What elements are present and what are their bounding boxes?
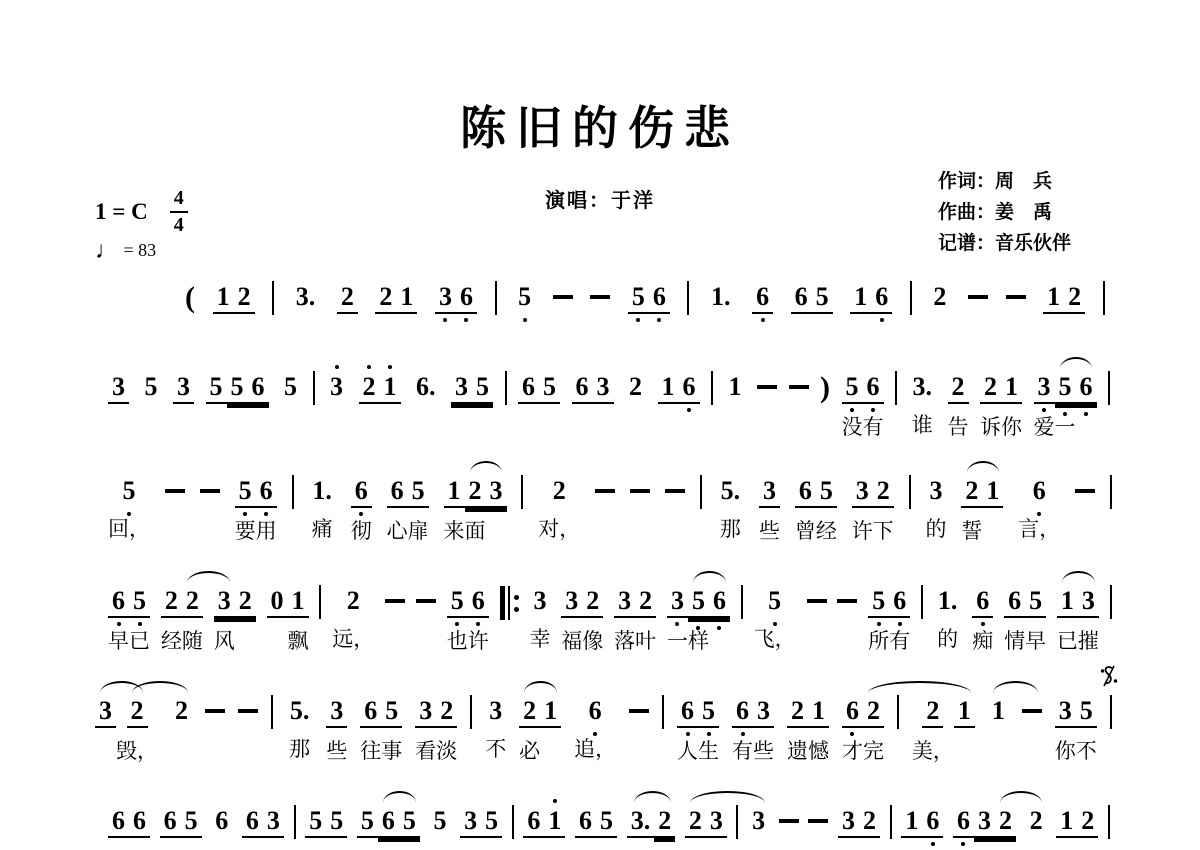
- beat-group: 6情5早: [1004, 586, 1046, 653]
- note-token: 2像: [582, 586, 603, 653]
- beat-group: [757, 372, 777, 389]
- beat-group: 65: [160, 806, 202, 838]
- note-token: 5一: [1055, 372, 1076, 439]
- beat-group: 3: [108, 372, 129, 404]
- note-token: 6往: [360, 696, 381, 763]
- note: 2: [787, 696, 808, 728]
- lyric-syllable: 些: [759, 521, 780, 543]
- note-token: 1.: [707, 282, 735, 312]
- lyric-syllable: 情: [1004, 631, 1025, 653]
- note: 1: [288, 586, 309, 618]
- note-token: 1: [1056, 806, 1077, 838]
- note-token: 3.: [292, 282, 320, 312]
- beat-group: 6: [752, 282, 773, 314]
- note-token: 3: [838, 806, 859, 838]
- lyric-syllable: 随: [182, 631, 203, 653]
- beat-group: 3落2叶: [614, 586, 656, 653]
- beat-group: [897, 696, 899, 729]
- note-token: 1: [954, 696, 975, 728]
- beat-group: 6人5生: [677, 696, 719, 763]
- note: 1: [808, 696, 829, 728]
- note: 6: [248, 372, 269, 404]
- slur-arc: [868, 681, 970, 693]
- note: 3: [852, 476, 873, 508]
- beat-group: 12: [213, 282, 255, 314]
- note: 5: [227, 372, 248, 404]
- beat-group: [662, 696, 664, 729]
- note-token: 1: [1043, 282, 1064, 314]
- note-token: 5: [181, 806, 202, 838]
- note: 6: [677, 696, 698, 728]
- note: 5: [408, 476, 429, 508]
- note: 2: [182, 586, 203, 618]
- beat-group: [700, 476, 702, 509]
- note-token: 5: [539, 372, 560, 404]
- note-token: 6彻: [351, 476, 372, 543]
- beat-group: [808, 806, 828, 823]
- lyric-syllable: 些: [753, 741, 774, 763]
- note-token: 1已: [1057, 586, 1078, 653]
- note: 5: [119, 476, 140, 506]
- note: 6: [1029, 476, 1050, 506]
- barline: [897, 695, 899, 729]
- lyric-syllable: 要: [235, 521, 256, 543]
- lyric-syllable: 完: [863, 741, 884, 763]
- repeat-dots: [514, 586, 519, 620]
- note-token: 6心: [387, 476, 408, 543]
- note: 6: [752, 282, 773, 314]
- beat-group: 2: [929, 282, 950, 312]
- duration-dash: [200, 489, 220, 493]
- beat-group: 1: [988, 696, 1009, 726]
- lyric-syllable: 面: [465, 521, 486, 543]
- note-token: 5.那: [717, 476, 745, 541]
- note-token: 0: [267, 586, 288, 618]
- beat-group: 6心5扉: [387, 476, 429, 543]
- beat-group: [590, 282, 610, 299]
- note: 5: [1055, 372, 1076, 404]
- note-token: 5要: [235, 476, 256, 543]
- note: 3: [1055, 696, 1076, 728]
- note-token: 6.: [412, 372, 440, 402]
- note-token: 2: [654, 806, 675, 838]
- note: 3: [108, 372, 129, 404]
- note: 2: [859, 806, 880, 838]
- lyric-syllable: 飘: [288, 631, 309, 653]
- beat-group: 3.2: [627, 806, 676, 838]
- beat-group: 2: [337, 282, 358, 314]
- note-token: 1.的: [934, 586, 962, 651]
- beat-group: 65: [575, 806, 617, 838]
- note-token: 2远，: [332, 586, 374, 651]
- note: 2: [635, 586, 656, 618]
- duration-dash: [630, 489, 650, 493]
- note: 5: [280, 372, 301, 402]
- duration-dash: [1006, 295, 1026, 299]
- beat-group: 556: [206, 372, 269, 404]
- beat-group: [292, 476, 294, 509]
- note-token: 6: [160, 806, 181, 838]
- note: 3: [415, 696, 436, 728]
- note-token: 2: [337, 282, 358, 314]
- note-token: 5所: [868, 586, 889, 653]
- note: 2: [1026, 806, 1047, 836]
- note-token: 5: [514, 282, 535, 312]
- note: 6: [456, 282, 477, 314]
- note: 6: [922, 806, 943, 838]
- beat-group: 6有3些: [732, 696, 774, 763]
- beat-group: 3福2像: [561, 586, 603, 653]
- beat-group: 2必1: [519, 696, 561, 763]
- note-token: 6: [456, 282, 477, 314]
- beat-group: [495, 282, 497, 315]
- note: 3: [926, 476, 947, 506]
- lyric-syllable: 回，: [108, 519, 150, 541]
- beat-group: 65: [518, 372, 560, 404]
- lyric-syllable: 有: [863, 417, 884, 439]
- note: 3: [753, 696, 774, 728]
- beat-group: 2誓1: [961, 476, 1003, 543]
- note-token: 2: [1077, 806, 1098, 838]
- note-token: 3些: [326, 696, 347, 763]
- note-token: 1: [380, 372, 401, 404]
- barline: [505, 371, 507, 405]
- beat-group: 16: [658, 372, 700, 404]
- composer-credit: 作曲：姜 禹: [938, 197, 1071, 228]
- note: 2: [582, 586, 603, 618]
- note-token: 5: [429, 806, 450, 836]
- note: 3: [529, 586, 550, 616]
- slur-arc: [524, 681, 557, 693]
- beat-group: 12: [1043, 282, 1085, 314]
- repeat-thick-bar: [500, 586, 505, 620]
- note-token: 3: [173, 372, 194, 404]
- note: 6: [1076, 372, 1097, 404]
- credits-block: 作词：周 兵 作曲：姜 禹 记谱：音乐伙伴: [938, 166, 1071, 259]
- note: 6: [575, 806, 596, 838]
- note: 1.: [934, 586, 962, 616]
- note: 1: [954, 696, 975, 728]
- note: 5: [429, 806, 450, 836]
- barline: [736, 805, 738, 839]
- note: 5: [326, 806, 347, 838]
- note-token: 2下: [873, 476, 894, 543]
- note: 2: [995, 806, 1016, 838]
- lyric-syllable: 也: [447, 631, 468, 653]
- beat-group: 35: [451, 372, 493, 404]
- beat-group: 63: [572, 372, 614, 404]
- note: 6: [842, 696, 863, 728]
- note-token: 6有: [889, 586, 910, 653]
- note-token: 6: [129, 806, 150, 838]
- lyric-syllable: 早: [1025, 631, 1046, 653]
- note-token: 3: [593, 372, 614, 404]
- barline: [921, 585, 923, 619]
- note-token: 3的: [926, 476, 947, 541]
- lyric-syllable: 像: [582, 631, 603, 653]
- beat-group: 1.的: [934, 586, 962, 651]
- note-token: 3许: [852, 476, 873, 543]
- note-token: 5: [305, 806, 326, 838]
- beat-group: [165, 476, 185, 493]
- beat-group: 3些: [759, 476, 780, 543]
- lyric-syllable: 生: [698, 741, 719, 763]
- lyric-syllable: 追，: [574, 739, 616, 761]
- note-token: 2面: [465, 476, 486, 543]
- note-token: 1: [540, 696, 561, 728]
- beat-group: 12: [1056, 806, 1098, 838]
- note: 6: [242, 806, 263, 838]
- note: 6: [889, 586, 910, 618]
- beat-group: 16: [850, 282, 892, 314]
- lyric-syllable: 不: [485, 739, 506, 761]
- note: 5: [181, 806, 202, 838]
- note: 6: [795, 476, 816, 508]
- beat-group: 3.: [292, 282, 320, 312]
- beat-group: 5没6有: [842, 372, 884, 439]
- note: 5: [842, 372, 863, 404]
- lyric-syllable: 叶: [635, 631, 656, 653]
- beat-group: 5: [514, 282, 535, 312]
- note-token: 5: [596, 806, 617, 838]
- note-token: 1: [850, 282, 871, 314]
- parenthesis: (: [185, 282, 195, 314]
- beat-group: 2告: [948, 372, 969, 439]
- beat-group: 3: [173, 372, 194, 404]
- note: 5: [447, 586, 468, 618]
- beat-group: [385, 586, 405, 603]
- barline: [700, 475, 702, 509]
- lyric-syllable: 诉: [980, 417, 1001, 439]
- lyric-syllable: 风: [214, 631, 235, 653]
- note-token: 6: [378, 806, 399, 838]
- lyric-syllable: 一: [667, 631, 688, 653]
- note: 5: [357, 806, 378, 838]
- beat-group: [837, 586, 857, 603]
- beat-group: 5: [141, 372, 162, 402]
- note-token: 6用: [256, 476, 277, 543]
- duration-dash: [665, 489, 685, 493]
- beat-group: [272, 282, 274, 315]
- note-token: 3: [748, 806, 769, 836]
- note: 3: [95, 696, 116, 728]
- beat-group: [512, 806, 514, 839]
- lyricist-credit: 作词：周 兵: [938, 166, 1071, 197]
- lyric-syllable: 有: [889, 631, 910, 653]
- note-token: 2淡: [436, 696, 457, 763]
- music-line-1: (123.221365561.66516212: [185, 282, 1105, 315]
- note: 3: [326, 696, 347, 728]
- note-token: 6人: [677, 696, 698, 763]
- note-token: 6有: [732, 696, 753, 763]
- beat-group: [789, 372, 809, 389]
- note: 5: [129, 586, 150, 618]
- note-token: 6: [108, 806, 129, 838]
- beat-group: 2对，: [538, 476, 580, 541]
- note: 3: [263, 806, 284, 838]
- note: 1: [725, 372, 746, 402]
- music-line-4: 6早5已2经2随3风201飘2远，5也6许3幸3福2像3落2叶3一5样65飞，5…: [108, 586, 1112, 653]
- note-token: 2: [859, 806, 880, 838]
- beat-group: 1.: [707, 282, 735, 312]
- note: 5: [472, 372, 493, 404]
- tempo-marking: ♩ = 83: [95, 238, 156, 265]
- beat-group: [1108, 806, 1110, 839]
- note-token: 1: [213, 282, 234, 314]
- barline: [495, 281, 497, 315]
- duration-dash: [629, 709, 649, 713]
- note: 2: [161, 586, 182, 618]
- beat-group: 3: [326, 372, 347, 402]
- note-token: 6有: [863, 372, 884, 439]
- slur-arc: [967, 461, 1000, 473]
- lyric-syllable: 下: [873, 521, 894, 543]
- lyric-syllable: 爱: [1034, 417, 1055, 439]
- beat-group: 632: [953, 806, 1016, 838]
- barline: [895, 371, 897, 405]
- note-token: 6: [679, 372, 700, 404]
- lyric-syllable: 言，: [1018, 519, 1060, 541]
- barline-with-segno: [1110, 696, 1112, 729]
- beat-group: [630, 476, 650, 493]
- note-token: 5早: [1025, 586, 1046, 653]
- beat-group: 1来2面3: [444, 476, 507, 543]
- barline: [1108, 805, 1110, 839]
- lyric-syllable: 曾: [795, 521, 816, 543]
- note: 5.: [286, 696, 314, 726]
- beat-group: 1.痛: [308, 476, 336, 541]
- note-token: 6痴: [972, 586, 993, 653]
- beat-group: 5所6有: [868, 586, 910, 653]
- tempo-value: = 83: [124, 240, 157, 260]
- beat-group: [595, 476, 615, 493]
- note: 2: [1077, 806, 1098, 838]
- beat-group: [319, 586, 321, 619]
- beat-group: [1110, 476, 1112, 509]
- note: 6: [972, 586, 993, 618]
- beat-group: 21: [375, 282, 417, 314]
- note: 6: [211, 806, 232, 836]
- beat-group: [909, 476, 911, 509]
- note-token: 3: [95, 696, 116, 728]
- barline: [711, 371, 713, 405]
- parenthesis: ): [820, 372, 830, 404]
- duration-dash: [595, 489, 615, 493]
- beat-group: [741, 586, 743, 619]
- slur-arc: [383, 791, 416, 803]
- note-token: 2美，: [912, 696, 954, 763]
- note-token: 6: [211, 806, 232, 836]
- beat-group: [687, 282, 689, 315]
- note: 5: [816, 476, 837, 508]
- note: 2: [375, 282, 396, 314]
- beat-group: 3许2下: [852, 476, 894, 543]
- note-token: 3些: [759, 476, 780, 543]
- note: 2: [127, 696, 148, 728]
- lyric-syllable: 心: [387, 521, 408, 543]
- note-token: 2告: [948, 372, 969, 439]
- note-token: 3: [108, 372, 129, 404]
- note: 3: [667, 586, 688, 618]
- sheet-music-page: 陈旧的伤悲 演唱：于洋 作词：周 兵 作曲：姜 禹 记谱：音乐伙伴 1 = C …: [0, 0, 1200, 850]
- duration-dash: [837, 599, 857, 603]
- lyric-syllable: 不: [1076, 741, 1097, 763]
- duration-dash: [789, 385, 809, 389]
- lyric-syllable: 些: [326, 741, 347, 763]
- slur-arc: [690, 791, 765, 803]
- note: 5: [764, 586, 785, 616]
- note-token: 1: [658, 372, 679, 404]
- beat-group: [238, 696, 258, 713]
- note: 2: [1064, 282, 1085, 314]
- note: 2: [685, 806, 706, 838]
- lyric-syllable: 誓: [961, 521, 982, 543]
- barline: [741, 585, 743, 619]
- note-token: 6: [709, 586, 730, 618]
- barline: [521, 475, 523, 509]
- lyric-syllable: 摧: [1078, 631, 1099, 653]
- beat-group: 21: [359, 372, 401, 404]
- barline: [1103, 281, 1105, 315]
- beat-group: 2经2随: [161, 586, 203, 653]
- note-token: 5不: [1076, 696, 1097, 763]
- note: 5: [868, 586, 889, 618]
- beat-group: [505, 372, 507, 405]
- note: 6: [468, 586, 489, 618]
- note: 1: [658, 372, 679, 404]
- note: 6: [378, 806, 399, 838]
- lyric-syllable: 美，: [912, 741, 954, 763]
- beat-group: [271, 696, 273, 729]
- barline: [470, 695, 472, 729]
- note: 6: [709, 586, 730, 618]
- beat-group: [1006, 282, 1026, 299]
- note: 3: [451, 372, 472, 404]
- note: 1: [380, 372, 401, 404]
- beat-group: 55: [305, 806, 347, 838]
- note: 1: [850, 282, 871, 314]
- note: 6: [585, 696, 606, 726]
- note: 3: [214, 586, 235, 618]
- duration-dash: [553, 295, 573, 299]
- meter-divider: [170, 211, 188, 213]
- note-token: 3.谁: [909, 372, 937, 437]
- note-token: 5也: [447, 586, 468, 653]
- beat-group: (: [185, 282, 195, 314]
- beat-group: [470, 696, 472, 729]
- beat-group: [779, 806, 799, 823]
- lyric-syllable: 福: [561, 631, 582, 653]
- note-token: 3.: [627, 806, 655, 838]
- note: 2: [961, 476, 982, 508]
- beat-group: 3一5样6: [667, 586, 730, 653]
- note: 2: [948, 372, 969, 404]
- note: 5: [539, 372, 560, 404]
- note-token: 5扉: [408, 476, 429, 543]
- beat-group: [1108, 372, 1110, 405]
- beat-group: 2遗1憾: [787, 696, 829, 763]
- note-token: 5: [812, 282, 833, 314]
- beat-group: [968, 282, 988, 299]
- note: 6: [871, 282, 892, 314]
- note: 6: [523, 806, 544, 838]
- repeat-thin-bar: [508, 586, 510, 620]
- note-token: 2诉: [980, 372, 1001, 439]
- duration-dash: [205, 709, 225, 713]
- note: 5: [698, 696, 719, 728]
- beat-group: 32: [838, 806, 880, 838]
- note: 3.: [292, 282, 320, 312]
